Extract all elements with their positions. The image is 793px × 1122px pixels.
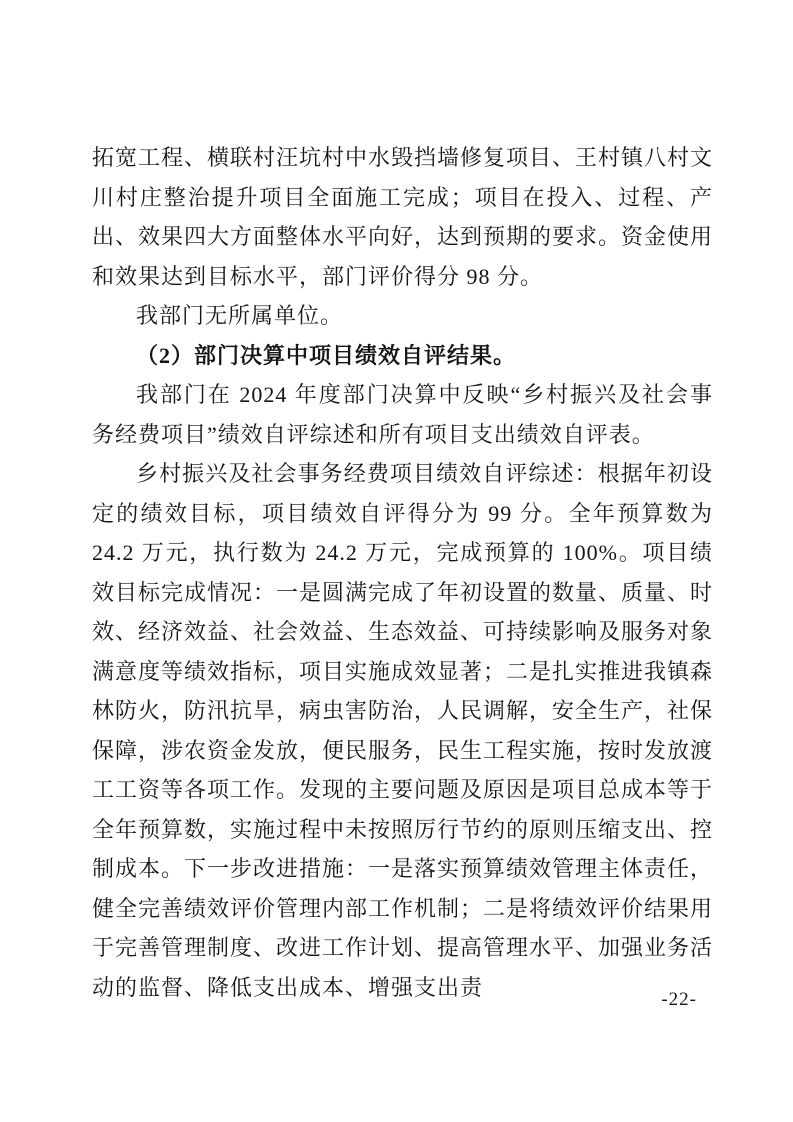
- page-number: -22-: [0, 989, 697, 1011]
- paragraph-no-subordinate-units: 我部门无所属单位。: [92, 296, 713, 336]
- document-body: 拓宽工程、横联村汪坑村中水毁挡墙修复项目、王村镇八村文川村庄整治提升项目全面施工…: [92, 138, 713, 1007]
- paragraph-project-completion: 拓宽工程、横联村汪坑村中水毁挡墙修复项目、王村镇八村文川村庄整治提升项目全面施工…: [92, 138, 713, 296]
- section-heading-self-evaluation-results: （2）部门决算中项目绩效自评结果。: [92, 336, 713, 376]
- document-page: 拓宽工程、横联村汪坑村中水毁挡墙修复项目、王村镇八村文川村庄整治提升项目全面施工…: [0, 0, 793, 1122]
- paragraph-rural-revitalization-summary: 乡村振兴及社会事务经费项目绩效自评综述：根据年初设定的绩效目标，项目绩效自评得分…: [92, 454, 713, 1007]
- paragraph-final-accounts-reflection: 我部门在 2024 年度部门决算中反映“乡村振兴及社会事务经费项目”绩效自评综述…: [92, 375, 713, 454]
